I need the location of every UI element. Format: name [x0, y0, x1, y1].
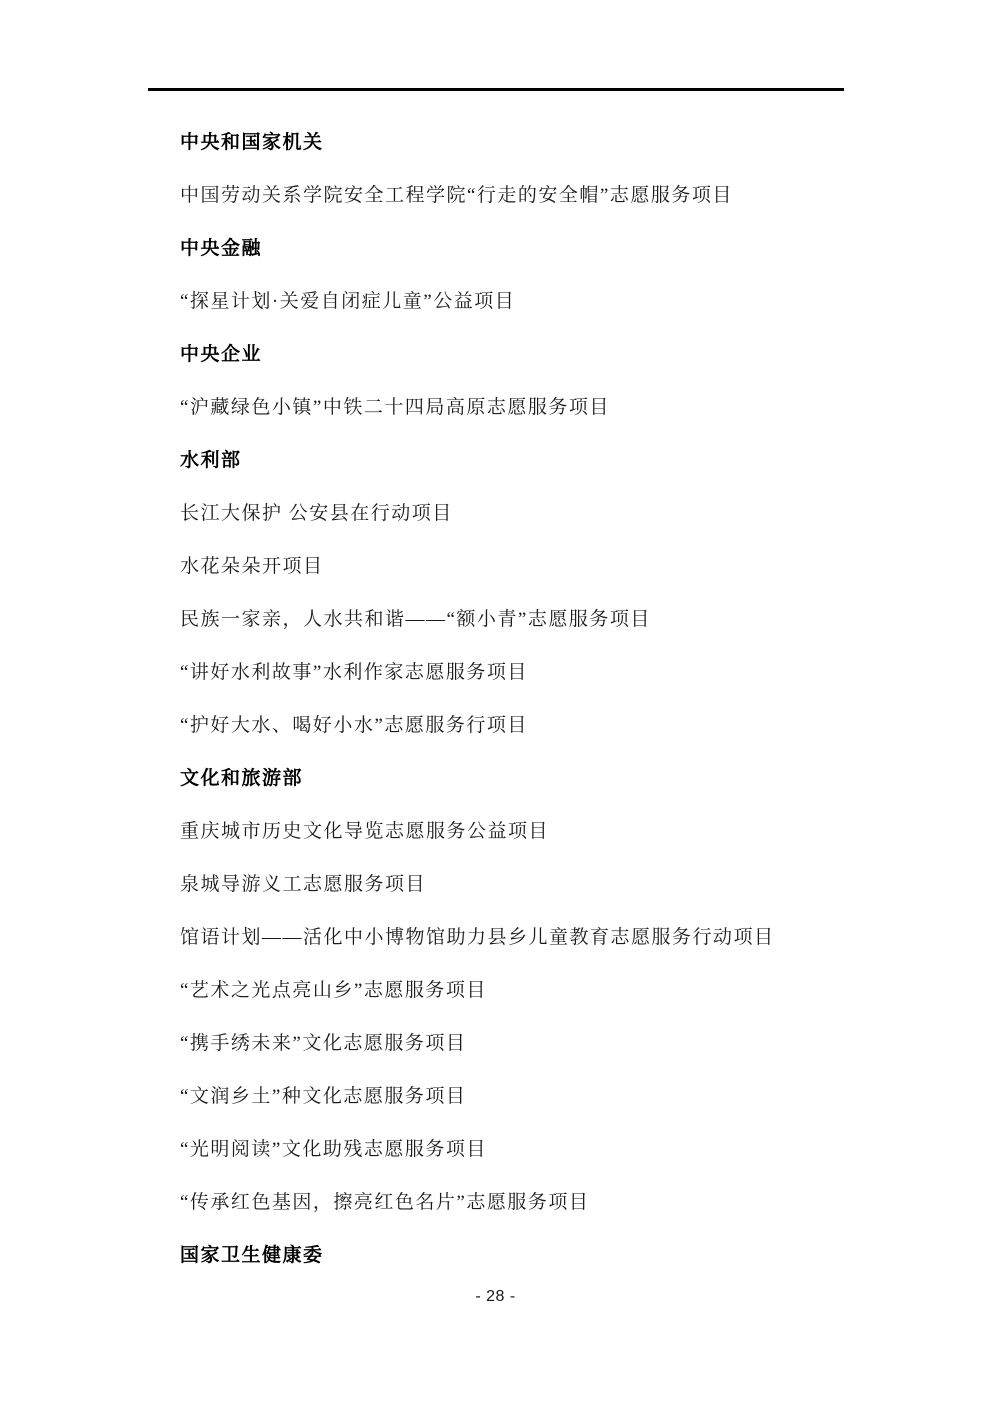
- project-item: 水花朵朵开项目: [180, 540, 845, 593]
- project-item: 重庆城市历史文化导览志愿服务公益项目: [180, 805, 845, 858]
- header-rule: [148, 88, 844, 91]
- project-item: “传承红色基因，擦亮红色名片”志愿服务项目: [180, 1176, 845, 1229]
- project-item: “探星计划·关爱自闭症儿童”公益项目: [180, 275, 845, 328]
- project-item: 馆语计划——活化中小博物馆助力县乡儿童教育志愿服务行动项目: [180, 911, 845, 964]
- section-heading: 国家卫生健康委: [180, 1229, 845, 1282]
- project-item: 民族一家亲，人水共和谐——“额小青”志愿服务项目: [180, 593, 845, 646]
- section-heading: 中央企业: [180, 328, 845, 381]
- section-heading: 中央金融: [180, 222, 845, 275]
- section-heading: 文化和旅游部: [180, 752, 845, 805]
- project-item: 泉城导游义工志愿服务项目: [180, 858, 845, 911]
- project-item: “文润乡土”种文化志愿服务项目: [180, 1070, 845, 1123]
- project-item: “讲好水利故事”水利作家志愿服务项目: [180, 646, 845, 699]
- project-item: “艺术之光点亮山乡”志愿服务项目: [180, 964, 845, 1017]
- project-item: 长江大保护 公安县在行动项目: [180, 487, 845, 540]
- project-item: “护好大水、喝好小水”志愿服务行项目: [180, 699, 845, 752]
- project-item: “携手绣未来”文化志愿服务项目: [180, 1017, 845, 1070]
- section-heading: 中央和国家机关: [180, 116, 845, 169]
- document-page: 中央和国家机关中国劳动关系学院安全工程学院“行走的安全帽”志愿服务项目中央金融“…: [0, 0, 991, 1403]
- page-number: - 28 -: [475, 1288, 515, 1305]
- document-body: 中央和国家机关中国劳动关系学院安全工程学院“行走的安全帽”志愿服务项目中央金融“…: [180, 116, 845, 1282]
- page-footer: - 28 -: [0, 1288, 991, 1306]
- section-heading: 水利部: [180, 434, 845, 487]
- project-item: “光明阅读”文化助残志愿服务项目: [180, 1123, 845, 1176]
- project-item: 中国劳动关系学院安全工程学院“行走的安全帽”志愿服务项目: [180, 169, 845, 222]
- project-item: “沪藏绿色小镇”中铁二十四局高原志愿服务项目: [180, 381, 845, 434]
